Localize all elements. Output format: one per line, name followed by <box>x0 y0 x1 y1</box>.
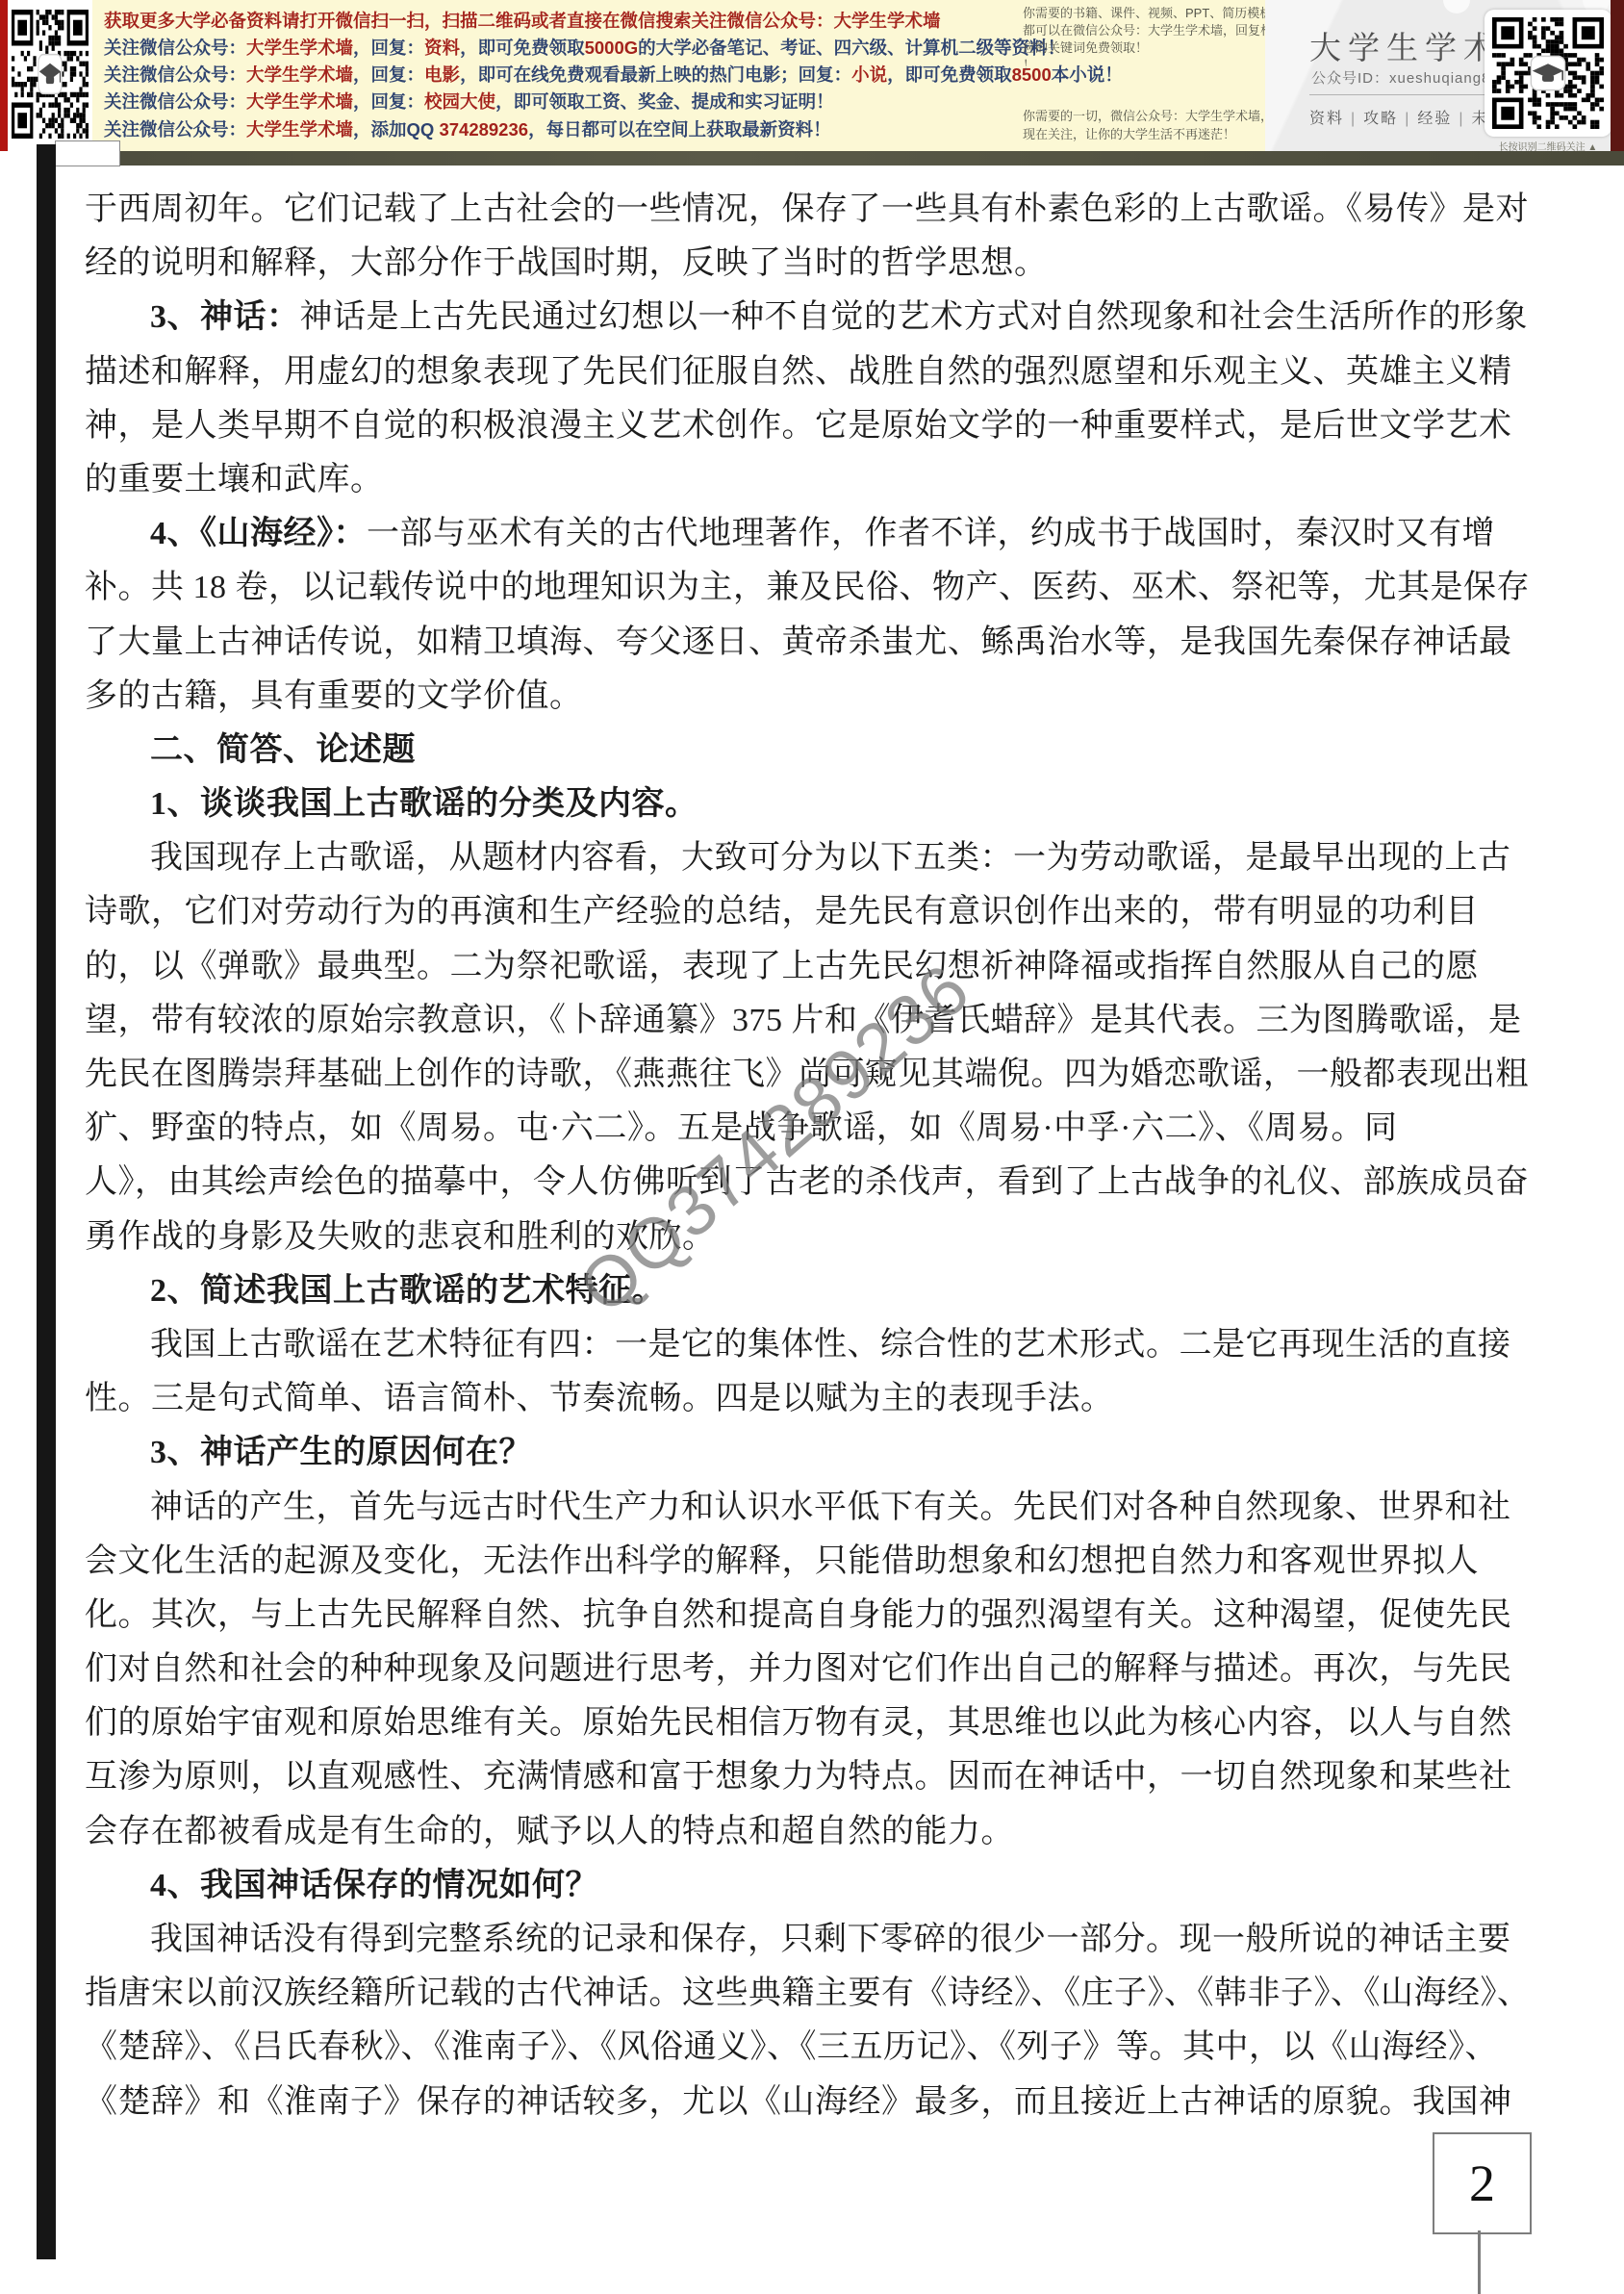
doc-heading-line: 4、我国神话保存的情况如何？ <box>85 1859 1553 1913</box>
doc-text-line: 经的说明和解释，大部分作于战国时期，反映了当时的哲学思想。 <box>85 237 1553 291</box>
qr-scan-caption: 长按识别二维码关注 ▲ <box>1484 139 1611 151</box>
doc-text-line: 我国现存上古歌谣，从题材内容看，大致可分为以下五类：一为劳动歌谣，是最早出现的上… <box>85 831 1553 885</box>
doc-text-line: 神话的产生，首先与远古时代生产力和认识水平低下有关。先民们对各种自然现象、世界和… <box>85 1481 1553 1535</box>
doc-text-line: 性。三是句式简单、语言简朴、节奏流畅。四是以赋为主的表现手法。 <box>85 1372 1553 1426</box>
doc-text-line: 多的古籍，具有重要的文学价值。 <box>85 670 1553 724</box>
doc-text-line: 3、神话：神话是上古先民通过幻想以一种不自觉的艺术方式对自然现象和社会生活所作的… <box>85 291 1553 344</box>
official-account-card: 大学生学术墙 公众号ID：xueshuqiang8888 资料|攻略|经验|未来… <box>1265 0 1611 151</box>
doc-text-line: 《楚辞》、《吕氏春秋》、《淮南子》、《风俗通义》、《三五历记》、《列子》等。其中… <box>85 2021 1553 2075</box>
doc-text-line: 会存在都被看成是有生命的，赋予以人的特点和超自然的能力。 <box>85 1805 1553 1859</box>
card-decor-circle <box>1443 0 1470 13</box>
doc-heading-line: 1、谈谈我国上古歌谣的分类及内容。 <box>85 777 1553 831</box>
side-note-line: 应的关键词免费领取！ <box>1023 38 1148 56</box>
banner-side-notes: 你需要的书籍、课件、视频、PPT、简历模板都可以在微信公众号：大学生学术墙，回复… <box>1023 0 1265 151</box>
doc-text-line: 于西周初年。它们记载了上古社会的一些情况，保存了一些具有朴素色彩的上古歌谣。《易… <box>85 183 1553 237</box>
doc-text-line: 化。其次，与上古先民解释自然、抗争自然和提高自身能力的强烈渴望有关。这种渴望，促… <box>85 1589 1553 1643</box>
tagline-item: 攻略 <box>1363 111 1398 127</box>
account-tagline: 资料|攻略|经验|未来 <box>1309 106 1507 128</box>
doc-text-line: 的重要土壤和武库。 <box>85 453 1553 507</box>
doc-text-line: 人》，由其绘声绘色的描摹中，令人仿佛听到了古老的杀伐声，看到了上古战争的礼仪、部… <box>85 1156 1553 1210</box>
scan-left-border <box>37 144 56 2259</box>
doc-text-line: 诗歌，它们对劳动行为的再演和生产经验的总结，是先民有意识创作出来的，带有明显的功… <box>85 885 1553 939</box>
document-body: 于西周初年。它们记载了上古社会的一些情况，保存了一些具有朴素色彩的上古歌谣。《易… <box>85 183 1553 2129</box>
doc-text-line: 指唐宋以前汉族经籍所记载的古代神话。这些典籍主要有《诗经》、《庄子》、《韩非子》… <box>85 1967 1553 2021</box>
doc-text-line: 望，带有较浓的原始宗教意识，《卜辞通纂》375 片和《伊耆氏蜡辞》是其代表。三为… <box>85 994 1553 1048</box>
doc-text-line: 会文化生活的起源及变化，无法作出科学的解释，只能借助想象和幻想把自然力和客观世界… <box>85 1535 1553 1589</box>
promo-line: 关注微信公众号：大学生学术墙，回复：电影，即可在线免费观看最新上映的热门电影；回… <box>104 62 1123 87</box>
wechat-qr-code-icon <box>1492 17 1604 129</box>
promo-line: 获取更多大学必备资料请打开微信扫一扫，扫描二维码或者直接在微信搜索关注微信公众号… <box>104 8 941 33</box>
page-number-stem-line <box>1478 2230 1481 2294</box>
banner-corner-box <box>55 140 120 166</box>
banner-right-maroon-edge <box>1611 0 1624 166</box>
wechat-qr-code-icon <box>12 10 89 139</box>
side-note-line: 现在关注，让你的大学生活不再迷茫！ <box>1023 124 1235 142</box>
doc-text-line: 们的原始宇宙观和原始思维有关。原始先民相信万物有灵，其思维也以此为核心内容，以人… <box>85 1696 1553 1750</box>
doc-text-line: 补。共 18 卷，以记载传说中的地理知识为主，兼及民俗、物产、医药、巫术、祭祀等… <box>85 561 1553 615</box>
doc-text-line: 《楚辞》和《淮南子》保存的神话较多，尤以《山海经》最多，而且接近上古神话的原貌。… <box>85 2076 1553 2129</box>
doc-heading-line: 二、简答、论述题 <box>85 724 1553 777</box>
doc-heading-line: 3、神话产生的原因何在？ <box>85 1426 1553 1480</box>
doc-text-line: 了大量上古神话传说，如精卫填海、夸父逐日、黄帝杀蚩尤、鲧禹治水等，是我国先秦保存… <box>85 616 1553 670</box>
card-divider <box>1309 94 1490 95</box>
banner-left-qr-tile <box>8 0 92 151</box>
banner-left-red-edge <box>0 0 8 151</box>
doc-text-line: 神，是人类早期不自觉的积极浪漫主义艺术创作。它是原始文学的一种重要样式，是后世文… <box>85 399 1553 453</box>
doc-text-line: 描述和解释，用虚幻的想象表现了先民们征服自然、战胜自然的强烈愿望和乐观主义、英雄… <box>85 345 1553 399</box>
doc-text-line: 互渗为原则，以直观感性、充满情感和富于想象力为特点。因而在神话中，一切自然现象和… <box>85 1750 1553 1804</box>
doc-heading-line: 2、简述我国上古歌谣的艺术特征。 <box>85 1264 1553 1318</box>
doc-text-line: 我国上古歌谣在艺术特征有四：一是它的集体性、综合性的艺术形式。二是它再现生活的直… <box>85 1318 1553 1372</box>
promo-line: 关注微信公众号：大学生学术墙，添加QQ 374289236，每日都可以在空间上获… <box>104 116 831 141</box>
doc-text-line: 的，以《弹歌》最典型。二为祭祀歌谣，表现了上古先民幻想祈神降福或指挥自然服从自己… <box>85 940 1553 994</box>
doc-text-line: 们对自然和社会的种种现象及问题进行思考，并力图对它们作出自己的解释与描述。再次，… <box>85 1643 1553 1696</box>
page-number-box: 2 <box>1433 2132 1532 2234</box>
promo-banner-text: 获取更多大学必备资料请打开微信扫一扫，扫描二维码或者直接在微信搜索关注微信公众号… <box>104 0 1032 151</box>
side-note-line: ！ <box>1023 55 1035 73</box>
promo-line: 关注微信公众号：大学生学术墙，回复：校园大使，即可领取工资、奖金、提成和实习证明… <box>104 89 834 114</box>
scanned-study-notes-page: 获取更多大学必备资料请打开微信扫一扫，扫描二维码或者直接在微信搜索关注微信公众号… <box>0 0 1624 2294</box>
side-note-line: 你需要的书籍、课件、视频、PPT、简历模板 <box>1023 3 1272 21</box>
doc-text-line: 我国神话没有得到完整系统的记录和保存，只剩下零碎的很少一部分。现一般所说的神话主… <box>85 1913 1553 1967</box>
tagline-item: 资料 <box>1309 111 1344 127</box>
banner-bottom-strip <box>120 151 1624 166</box>
side-note-line: 都可以在微信公众号：大学生学术墙，回复相 <box>1023 20 1273 38</box>
card-qr-frame <box>1484 10 1611 137</box>
tagline-item: 经验 <box>1417 111 1452 127</box>
doc-text-line: 4、《山海经》：一部与巫术有关的古代地理著作，作者不详，约成书于战国时，秦汉时又… <box>85 507 1553 561</box>
doc-text-line: 勇作战的身影及失败的悲哀和胜利的欢欣。 <box>85 1211 1553 1264</box>
promo-line: 关注微信公众号：大学生学术墙，回复：资料，即可免费领取5000G的大学必备笔记、… <box>104 35 1065 60</box>
page-number: 2 <box>1469 2154 1495 2213</box>
